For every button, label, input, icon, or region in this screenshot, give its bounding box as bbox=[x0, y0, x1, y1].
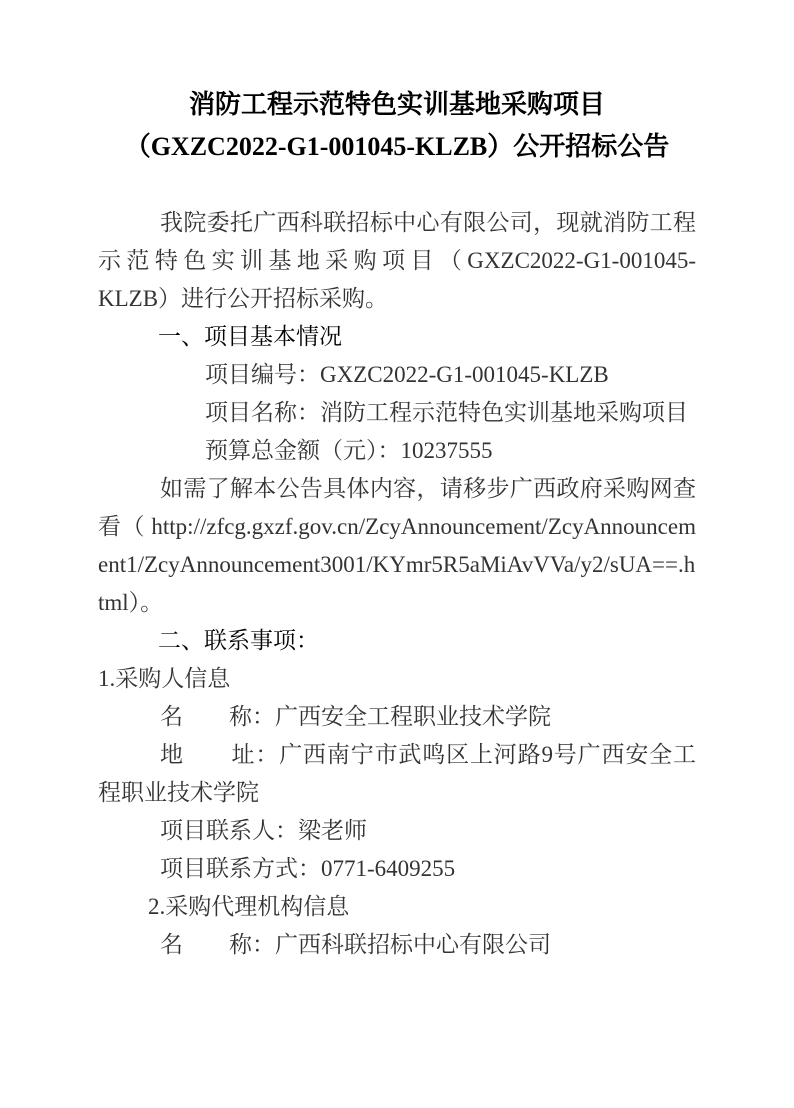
project-name-label: 项目名称： bbox=[205, 400, 320, 425]
section2-heading: 二、联系事项： bbox=[98, 622, 696, 660]
announcement-url: http://zfcg.gxzf.gov.cn/ZcyAnnouncement/… bbox=[98, 514, 696, 615]
purchaser-contact-line: 项目联系人：梁老师 bbox=[98, 812, 696, 850]
purchaser-contact-label: 项目联系人： bbox=[160, 818, 298, 843]
notice-paragraph: 如需了解本公告具体内容，请移步广西政府采购网查看（ http://zfcg.gx… bbox=[98, 470, 696, 622]
budget-total-value: 10237555 bbox=[401, 438, 493, 463]
intro-paragraph: 我院委托广西科联招标中心有限公司，现就消防工程示范特色实训基地采购项目（GXZC… bbox=[98, 204, 696, 318]
project-name-value: 消防工程示范特色实训基地采购项目 bbox=[320, 400, 688, 425]
project-number-line: 项目编号：GXZC2022-G1-001045-KLZB bbox=[98, 356, 696, 394]
agency-name-label: 名 称： bbox=[160, 932, 275, 957]
section1-heading: 一、项目基本情况 bbox=[98, 318, 696, 356]
purchaser-name-value: 广西安全工程职业技术学院 bbox=[275, 704, 551, 729]
purchaser-name-label: 名 称： bbox=[160, 704, 275, 729]
document-title: 消防工程示范特色实训基地采购项目 （GXZC2022-G1-001045-KLZ… bbox=[98, 84, 696, 168]
project-number-label: 项目编号： bbox=[205, 362, 320, 387]
budget-total-line: 预算总金额（元）：10237555 bbox=[98, 432, 696, 470]
purchaser-phone-value: 0771-6409255 bbox=[321, 856, 455, 881]
purchaser-section-heading: 1.采购人信息 bbox=[98, 660, 696, 698]
document-page: 消防工程示范特色实训基地采购项目 （GXZC2022-G1-001045-KLZ… bbox=[0, 0, 794, 1108]
purchaser-address-line: 地 址：广西南宁市武鸣区上河路9号广西安全工程职业技术学院 bbox=[98, 736, 696, 812]
document-title-line1: 消防工程示范特色实训基地采购项目 bbox=[98, 84, 696, 126]
agency-section-heading: 2.采购代理机构信息 bbox=[98, 888, 696, 926]
project-name-line: 项目名称：消防工程示范特色实训基地采购项目 bbox=[98, 394, 696, 432]
agency-name-value: 广西科联招标中心有限公司 bbox=[275, 932, 551, 957]
purchaser-phone-line: 项目联系方式：0771-6409255 bbox=[98, 850, 696, 888]
project-number-value: GXZC2022-G1-001045-KLZB bbox=[320, 362, 609, 387]
budget-total-label: 预算总金额（元）： bbox=[205, 438, 401, 463]
purchaser-name-line: 名 称：广西安全工程职业技术学院 bbox=[98, 698, 696, 736]
document-title-line2: （GXZC2022-G1-001045-KLZB）公开招标公告 bbox=[98, 126, 696, 168]
purchaser-address-label: 地 址： bbox=[160, 742, 279, 767]
notice-suffix: ）。 bbox=[129, 590, 164, 615]
agency-name-line: 名 称：广西科联招标中心有限公司 bbox=[98, 926, 696, 964]
purchaser-phone-label: 项目联系方式： bbox=[160, 856, 321, 881]
purchaser-contact-value: 梁老师 bbox=[298, 818, 367, 843]
